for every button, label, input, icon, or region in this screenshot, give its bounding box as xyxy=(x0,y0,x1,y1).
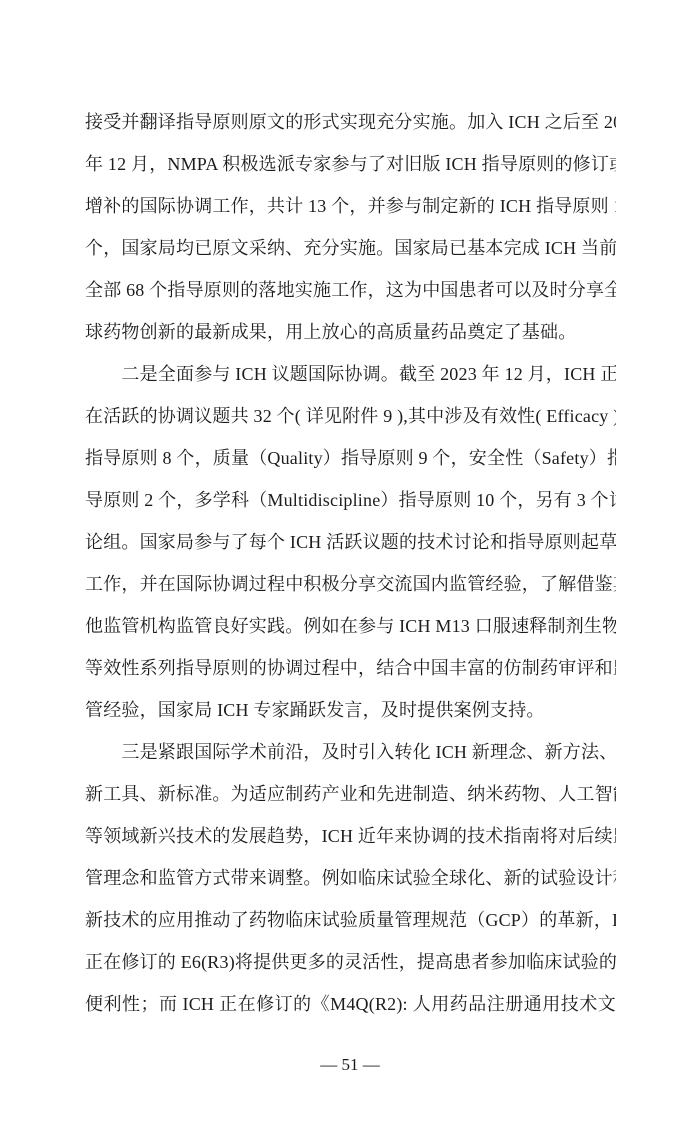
text-line: 便利性；而 ICH 正在修订的《M4Q(R2): 人用药品注册通用技术文 xyxy=(85,983,616,1025)
text-line: 接受并翻译指导原则原文的形式实现充分实施。加入 ICH 之后至 2023 xyxy=(85,101,616,143)
text-line: 等效性系列指导原则的协调过程中，结合中国丰富的仿制药审评和监 xyxy=(85,647,616,689)
text-line: 管经验，国家局 ICH 专家踊跃发言，及时提供案例支持。 xyxy=(85,689,616,731)
text-line: 论组。国家局参与了每个 ICH 活跃议题的技术讨论和指导原则起草 xyxy=(85,521,616,563)
text-line: 工作，并在国际协调过程中积极分享交流国内监管经验，了解借鉴其 xyxy=(85,563,616,605)
page-number: — 51 — xyxy=(0,1050,700,1080)
text-line: 增补的国际协调工作，共计 13 个，并参与制定新的 ICH 指导原则 11 xyxy=(85,185,616,227)
text-line: 全部 68 个指导原则的落地实施工作，这为中国患者可以及时分享全 xyxy=(85,269,616,311)
paragraph: 二是全面参与 ICH 议题国际协调。截至 2023 年 12 月，ICH 正 在… xyxy=(85,353,616,731)
text-line: 球药物创新的最新成果，用上放心的高质量药品奠定了基础。 xyxy=(85,311,616,353)
text-line: 二是全面参与 ICH 议题国际协调。截至 2023 年 12 月，ICH 正 xyxy=(85,353,616,395)
text-line: 新技术的应用推动了药物临床试验质量管理规范（GCP）的革新，ICH xyxy=(85,899,616,941)
text-line: 等领域新兴技术的发展趋势，ICH 近年来协调的技术指南将对后续监 xyxy=(85,815,616,857)
text-line: 个，国家局均已原文采纳、充分实施。国家局已基本完成 ICH 当前 xyxy=(85,227,616,269)
text-line: 管理念和监管方式带来调整。例如临床试验全球化、新的试验设计和 xyxy=(85,857,616,899)
text-line: 三是紧跟国际学术前沿，及时引入转化 ICH 新理念、新方法、 xyxy=(85,731,616,773)
text-line: 他监管机构监管良好实践。例如在参与 ICH M13 口服速释制剂生物 xyxy=(85,605,616,647)
text-line: 指导原则 8 个，质量（Quality）指导原则 9 个，安全性（Safety）… xyxy=(85,437,616,479)
page-body-text: 接受并翻译指导原则原文的形式实现充分实施。加入 ICH 之后至 2023 年 1… xyxy=(85,101,616,1025)
text-line: 导原则 2 个，多学科（Multidiscipline）指导原则 10 个，另有… xyxy=(85,479,616,521)
text-line: 正在修订的 E6(R3)将提供更多的灵活性，提高患者参加临床试验的 xyxy=(85,941,616,983)
text-line: 在活跃的协调议题共 32 个( 详见附件 9 ),其中涉及有效性( Effica… xyxy=(85,395,616,437)
paragraph: 三是紧跟国际学术前沿，及时引入转化 ICH 新理念、新方法、 新工具、新标准。为… xyxy=(85,731,616,1025)
paragraph: 接受并翻译指导原则原文的形式实现充分实施。加入 ICH 之后至 2023 年 1… xyxy=(85,101,616,353)
document-page: 接受并翻译指导原则原文的形式实现充分实施。加入 ICH 之后至 2023 年 1… xyxy=(0,0,700,1148)
text-line: 新工具、新标准。为适应制药产业和先进制造、纳米药物、人工智能 xyxy=(85,773,616,815)
text-line: 年 12 月，NMPA 积极选派专家参与了对旧版 ICH 指导原则的修订或 xyxy=(85,143,616,185)
